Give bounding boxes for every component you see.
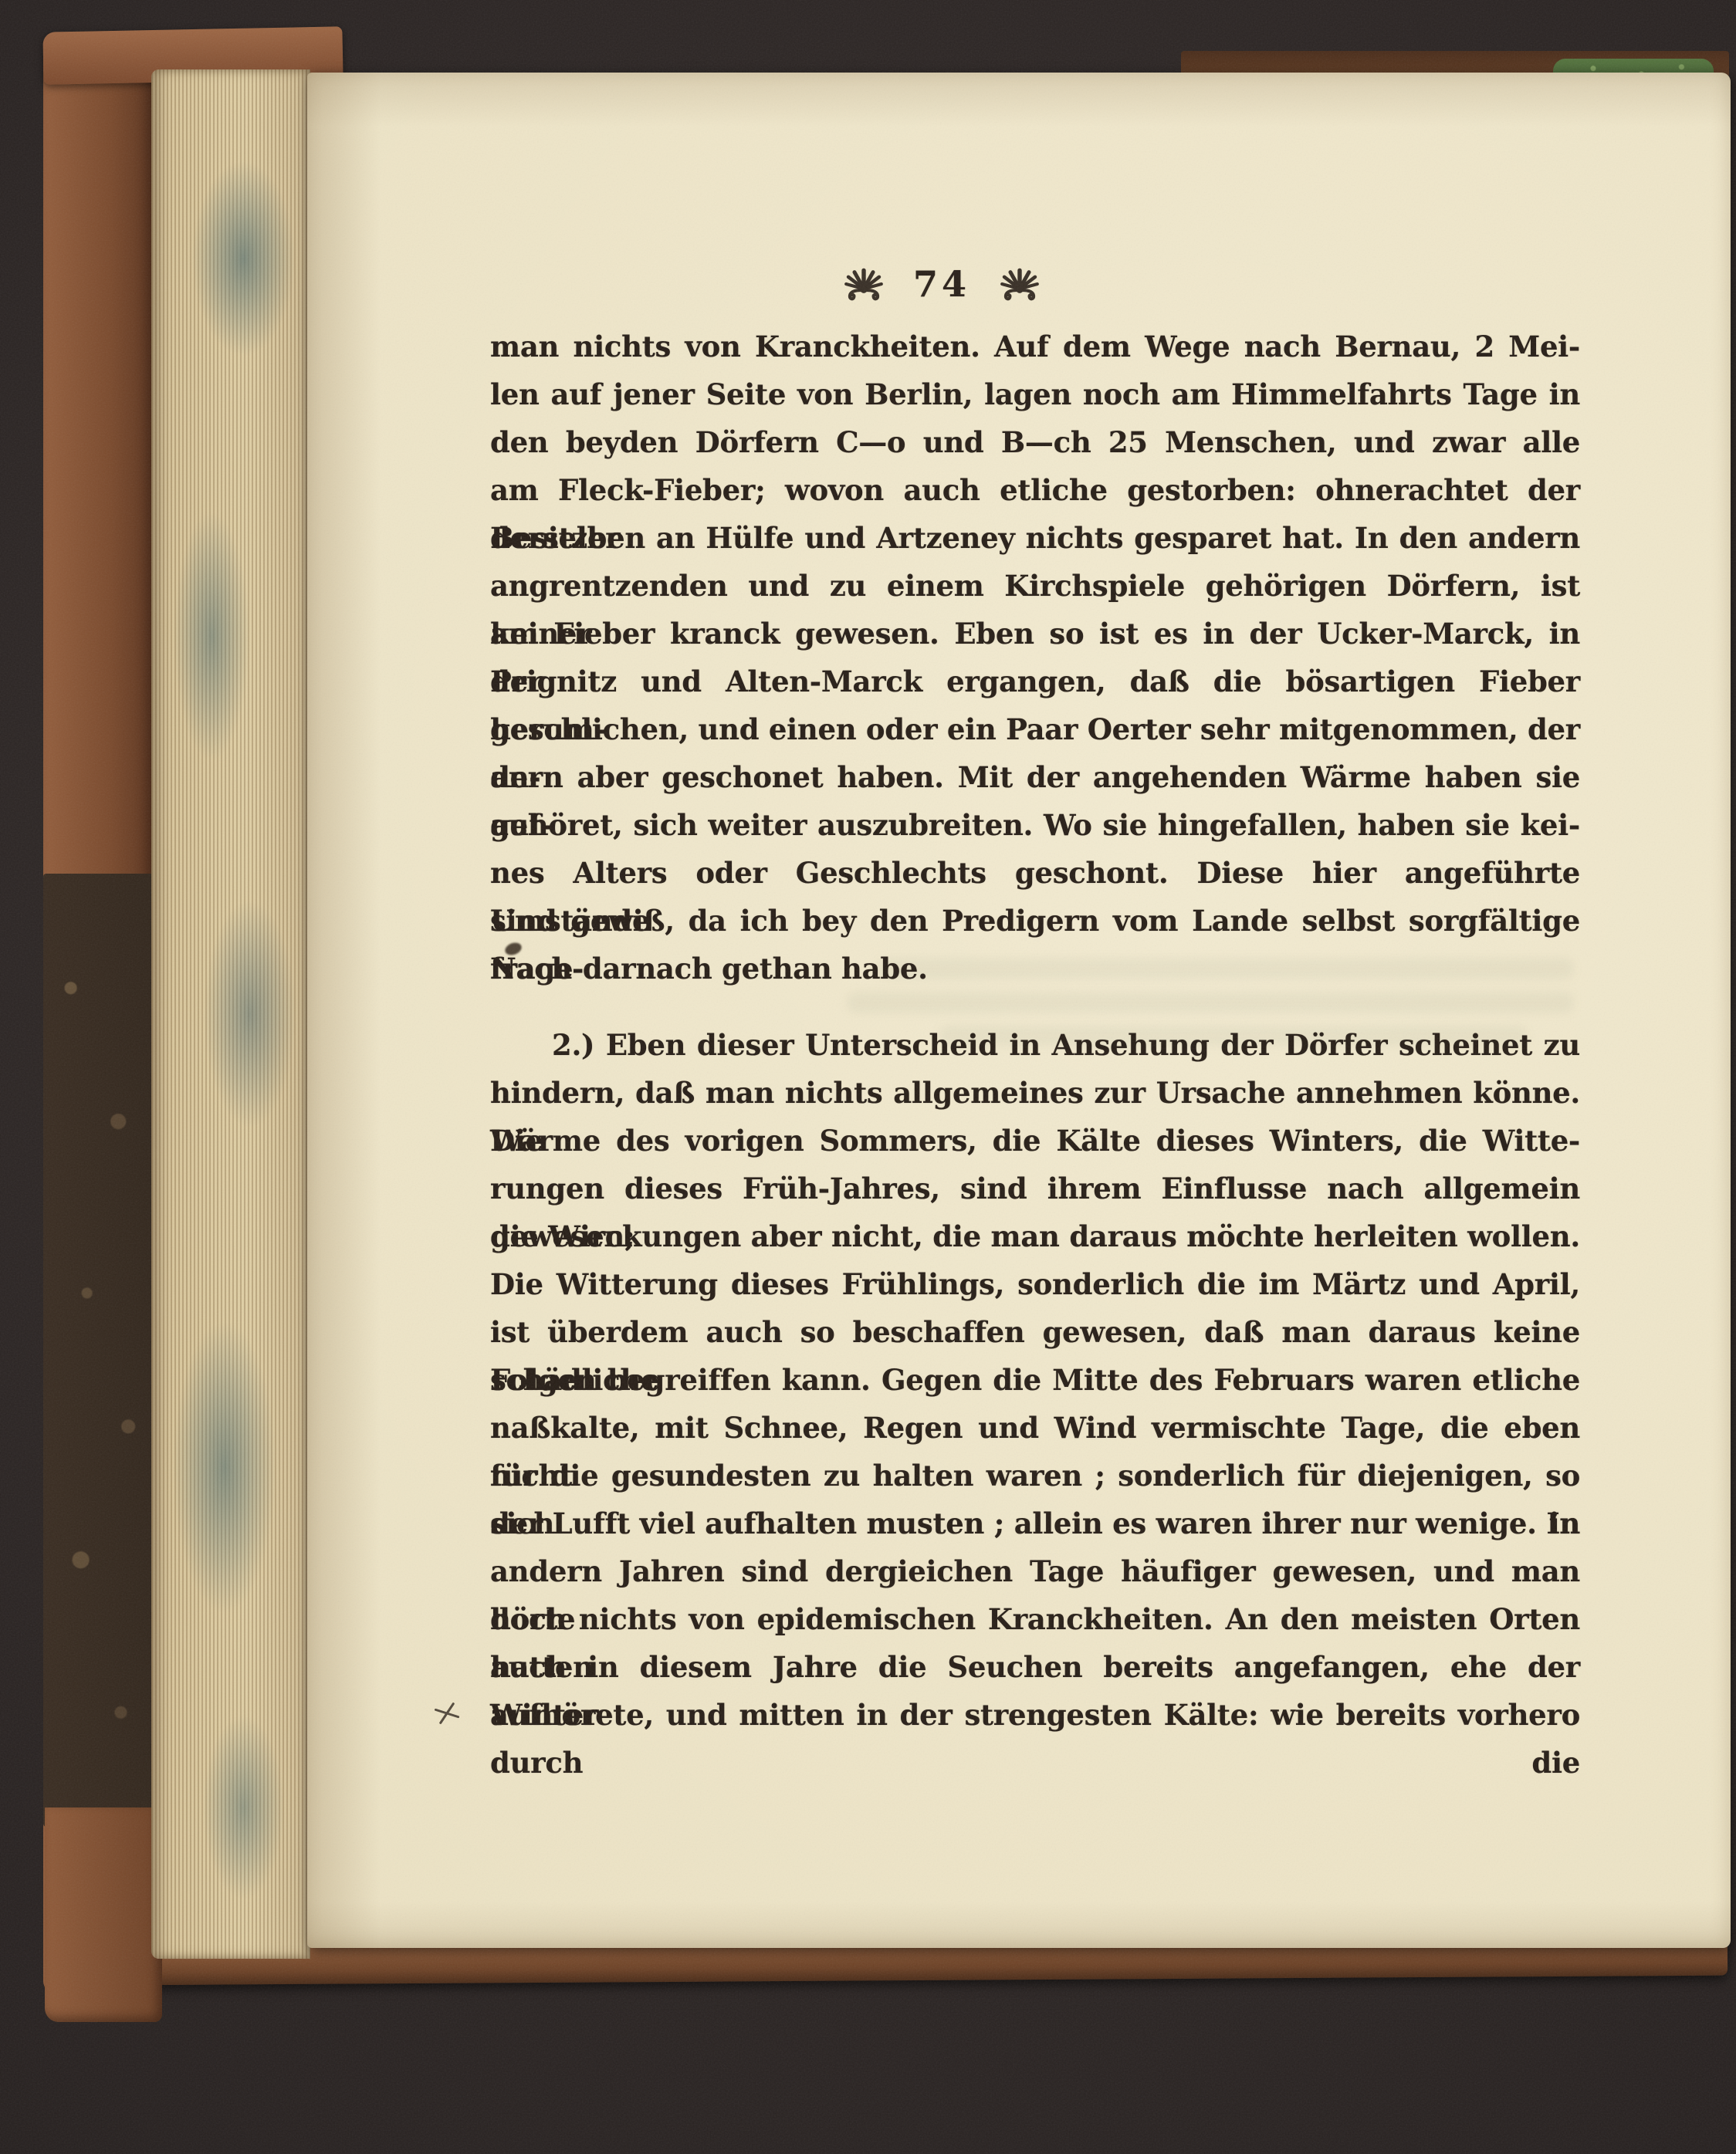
text-line: auch in diesem Jahre die Seuchen bereits… bbox=[490, 1643, 1580, 1691]
text-line: für die gesundesten zu halten waren ; so… bbox=[490, 1452, 1580, 1500]
text-line: Die Witterung dieses Frühlings, sonderli… bbox=[490, 1260, 1580, 1308]
text-line: derselben an Hülfe und Artzeney nichts g… bbox=[490, 514, 1580, 562]
text-line: ist überdem auch so beschaffen gewesen, … bbox=[490, 1308, 1580, 1356]
text-line: aufhörete, und mitten in der strengesten… bbox=[490, 1691, 1580, 1739]
text-line: hindern, daß man nichts allgemeines zur … bbox=[490, 1069, 1580, 1117]
text-line: am Fleck-Fieber; wovon auch etliche gest… bbox=[490, 466, 1580, 514]
paragraph: man nichts von Kranckheiten. Auf dem Weg… bbox=[490, 323, 1580, 992]
page-number: 74 bbox=[913, 263, 970, 305]
text-line: 2.) Eben dieser Unterscheid in Ansehung … bbox=[490, 1021, 1580, 1069]
text-line: andern Jahren sind dergieichen Tage häuf… bbox=[490, 1547, 1580, 1595]
text-line: angrentzenden und zu einem Kirchspiele g… bbox=[490, 562, 1580, 610]
text-line: Wärme des vorigen Sommers, die Kälte die… bbox=[490, 1117, 1580, 1165]
page-header: 74 bbox=[843, 252, 1041, 316]
paragraph: 2.) Eben dieser Unterscheid in Ansehung … bbox=[490, 1021, 1580, 1739]
palmette-fleuron-icon bbox=[999, 264, 1041, 304]
margin-pen-mark bbox=[431, 1699, 462, 1726]
body-text: man nichts von Kranckheiten. Auf dem Weg… bbox=[490, 323, 1580, 1787]
text-line: rungen dieses Früh-Jahres, sind ihrem Ei… bbox=[490, 1165, 1580, 1212]
text-line: naßkalte, mit Schnee, Regen und Wind ver… bbox=[490, 1404, 1580, 1452]
palmette-fleuron-icon bbox=[843, 264, 885, 304]
text-line: dern aber geschonet haben. Mit der angeh… bbox=[490, 753, 1580, 801]
text-line: man nichts von Kranckheiten. Auf dem Weg… bbox=[490, 323, 1580, 370]
book-page: 74 bbox=[307, 73, 1731, 1948]
spine-leather-bottom bbox=[45, 1807, 162, 2022]
text-line: die Wirckungen aber nicht, die man darau… bbox=[490, 1212, 1580, 1260]
text-line: nes Alters oder Geschlechts geschont. Di… bbox=[490, 849, 1580, 897]
catchword: die bbox=[490, 1739, 1580, 1787]
text-line: len auf jener Seite von Berlin, lagen no… bbox=[490, 370, 1580, 418]
text-line: der Lufft viel aufhalten musten ; allein… bbox=[490, 1500, 1580, 1547]
text-line: sind gewiß, da ich bey den Predigern vom… bbox=[490, 897, 1580, 945]
text-line: geschlichen, und einen oder ein Paar Oer… bbox=[490, 705, 1580, 753]
text-line: am Fieber kranck gewesen. Eben so ist es… bbox=[490, 610, 1580, 658]
text-line: Folgen begreiffen kann. Gegen die Mitte … bbox=[490, 1356, 1580, 1404]
spine-marbled-section bbox=[43, 874, 168, 1827]
text-line: den beyden Dörfern C—o und B—ch 25 Mensc… bbox=[490, 418, 1580, 466]
page-block-fore-edge bbox=[151, 69, 310, 1959]
book-photo: 74 bbox=[0, 0, 1736, 2154]
text-line: frage darnach gethan habe. bbox=[490, 945, 1580, 992]
text-line: gehöret, sich weiter auszubreiten. Wo si… bbox=[490, 801, 1580, 849]
text-line: Prignitz und Alten-Marck ergangen, daß d… bbox=[490, 658, 1580, 705]
text-line: doch nichts von epidemischen Kranckheite… bbox=[490, 1595, 1580, 1643]
